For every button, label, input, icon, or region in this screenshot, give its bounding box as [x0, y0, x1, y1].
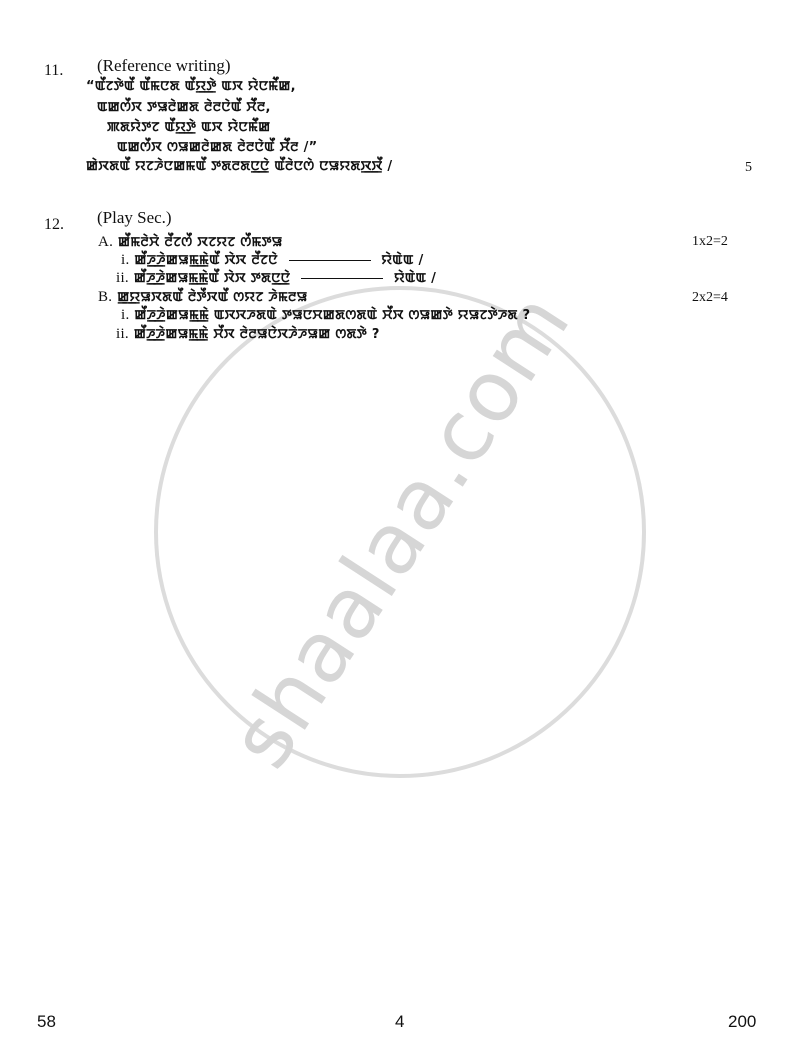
question-12-number: 12. — [44, 216, 64, 234]
question-11-line-3: ꯄꯗꯌꯥꯇꯖ ꯑꯩꯌ꯭ꯇꯥ ꯑꯋ ꯌꯥꯅꯃꯥꯩꯀ — [107, 119, 270, 137]
question-11-number: 11. — [44, 62, 63, 80]
part-b-label: B. — [98, 289, 112, 305]
fill-in-blank — [301, 278, 383, 279]
question-12-part-b: B. ꯀ꯭ꯌꯎꯋꯗꯑꯩ ꯂꯥꯇꯩꯋꯑꯩ ꯁꯌꯖ ꯍꯥꯃꯂꯎ — [98, 288, 307, 307]
part-b-item-i: i. ꯀꯩꯍ꯭ꯍꯥꯀꯎꯃ꯭ꯃꯥ ꯑꯋꯋꯍꯗꯑꯥ ꯇꯎꯅꯆꯀꯗꯁꯗꯑꯥ ꯆꯩꯋ ꯁ… — [121, 306, 530, 325]
exam-page: shaalaa.com 11. (Reference writing) “ꯑꯩꯖ… — [0, 0, 800, 1060]
footer-page-number: 4 — [395, 1012, 404, 1032]
part-a-text: ꯀꯩꯃꯂꯥꯆꯥ ꯂꯩꯖꯁꯩ ꯋꯖꯌꯖ ꯁꯩꯃꯇꯎ — [118, 235, 283, 250]
footer-code-left: 58 — [37, 1012, 56, 1032]
part-a-marks: 1x2=2 — [692, 234, 728, 250]
part-b-text: ꯀ꯭ꯌꯎꯋꯗꯑꯩ ꯂꯥꯇꯩꯋꯑꯩ ꯁꯌꯖ ꯍꯥꯃꯂꯎ — [117, 290, 307, 305]
question-11-line-4: ꯑꯀꯁꯩꯋ ꯁꯎꯀꯂꯥꯀꯗ ꯂꯥꯂꯅꯥꯑꯩ ꯆꯥꯩꯂ /” — [117, 139, 318, 157]
part-a-item-ii-label: ii. — [116, 270, 129, 286]
question-11-marks: 5 — [745, 160, 752, 176]
part-a-item-i: i. ꯀꯩꯍ꯭ꯍꯥꯀꯎꯃ꯭ꯃꯥꯑꯩ ꯋꯥꯋ ꯂꯩꯖꯅꯥ ꯌꯥꯑꯥꯑ / — [121, 251, 424, 270]
question-11-line-1: “ꯑꯩꯖꯇꯥꯑꯩ ꯑꯩꯃꯅꯗ ꯑꯩꯌ꯭ꯇꯥ ꯑꯋ ꯌꯥꯅꯃꯥꯩꯀ, — [86, 78, 296, 96]
question-11-line-2: ꯑꯀꯁꯩꯋ ꯇꯎꯂꯥꯀꯗ ꯂꯥꯂꯅꯥꯑꯩ ꯆꯥꯩꯂ, — [97, 99, 271, 117]
part-a-item-i-before: ꯀꯩꯍ꯭ꯍꯥꯀꯎꯃ꯭ꯃꯥꯑꯩ ꯋꯥꯋ ꯂꯩꯖꯅꯥ — [134, 253, 277, 268]
part-a-label: A. — [98, 234, 113, 250]
part-b-item-ii: ii. ꯀꯩꯍ꯭ꯍꯥꯀꯎꯃ꯭ꯃꯥ ꯆꯩꯋ ꯂꯥꯂꯎꯅꯥꯋꯍꯥꯍꯎꯀ ꯁꯗꯇꯥ ? — [116, 325, 380, 344]
part-a-item-ii-before: ꯀꯩꯍ꯭ꯍꯥꯀꯎꯃ꯭ꯃꯥꯑꯩ ꯋꯥꯋ ꯇꯗꯅ꯭ꯅꯥ — [134, 271, 290, 286]
part-a-item-ii-after: ꯌꯥꯑꯥꯑ / — [394, 271, 436, 286]
question-11-title: (Reference writing) — [97, 56, 231, 76]
question-12-title: (Play Sec.) — [97, 208, 172, 228]
part-b-item-ii-text: ꯀꯩꯍ꯭ꯍꯥꯀꯎꯃ꯭ꯃꯥ ꯆꯩꯋ ꯂꯥꯂꯎꯅꯥꯋꯍꯥꯍꯎꯀ ꯁꯗꯇꯥ ? — [134, 327, 380, 342]
part-a-item-i-after: ꯌꯥꯑꯥꯑ / — [381, 253, 423, 268]
fill-in-blank — [289, 260, 371, 261]
part-b-item-ii-label: ii. — [116, 326, 129, 342]
part-b-marks: 2x2=4 — [692, 290, 728, 306]
part-a-item-ii: ii. ꯀꯩꯍ꯭ꯍꯥꯀꯎꯃ꯭ꯃꯥꯑꯩ ꯋꯥꯋ ꯇꯗꯅ꯭ꯅꯥ ꯌꯥꯑꯥꯑ / — [116, 269, 436, 288]
footer-code-right: 200 — [728, 1012, 756, 1032]
part-b-item-i-label: i. — [121, 307, 130, 323]
question-11-line-5: ꯀꯥꯋꯗꯑꯩ ꯌꯖꯍꯥꯅꯀꯃꯑꯩ ꯇꯗꯂꯗꯅ꯭ꯅꯥ ꯑꯩꯂꯥꯅꯁꯥ ꯅꯎꯌꯗꯋ꯭… — [86, 158, 392, 176]
question-12-part-a: A. ꯀꯩꯃꯂꯥꯆꯥ ꯂꯩꯖꯁꯩ ꯋꯖꯌꯖ ꯁꯩꯃꯇꯎ — [98, 233, 283, 252]
part-b-item-i-text: ꯀꯩꯍ꯭ꯍꯥꯀꯎꯃ꯭ꯃꯥ ꯑꯋꯋꯍꯗꯑꯥ ꯇꯎꯅꯆꯀꯗꯁꯗꯑꯥ ꯆꯩꯋ ꯁꯎꯀꯇ… — [134, 308, 530, 323]
part-a-item-i-label: i. — [121, 252, 130, 268]
